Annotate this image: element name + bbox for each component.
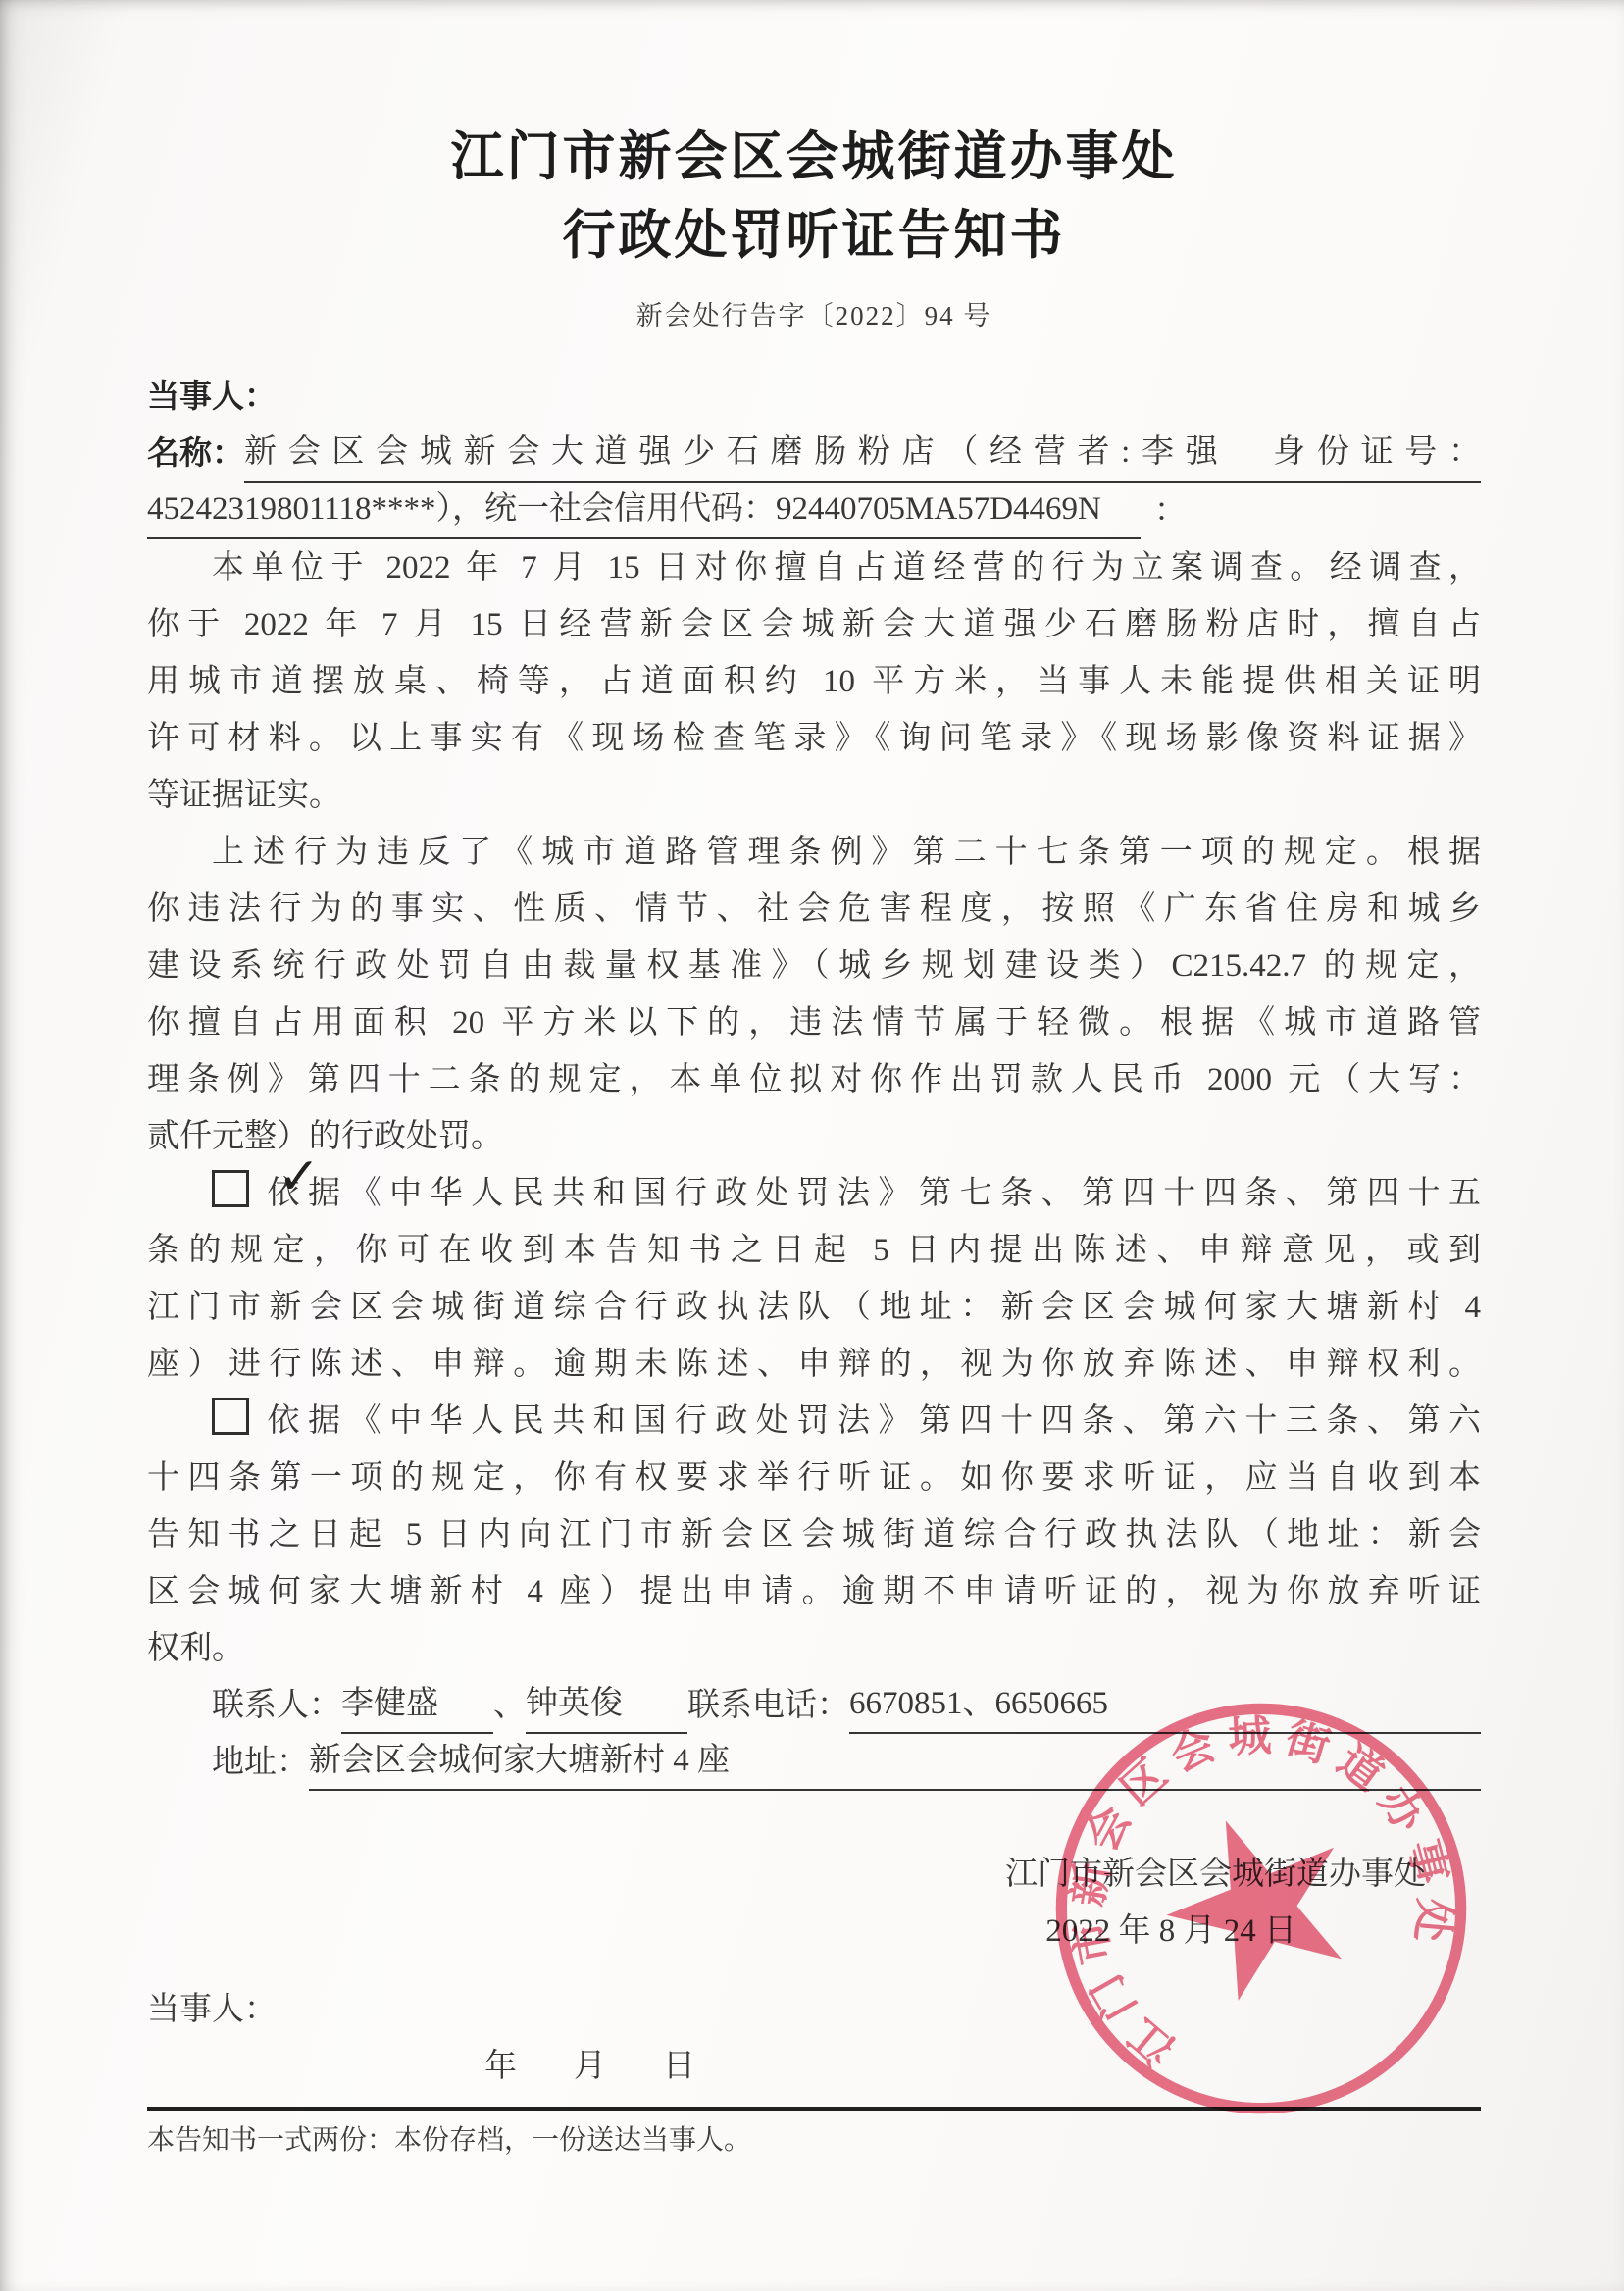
- para1-line-last: 等证据证实。: [147, 767, 1481, 824]
- para1-line: 你于 2022 年 7 月 15 日经营新会区会城新会大道强少石磨肠粉店时，擅自…: [147, 596, 1481, 653]
- party-label: 当事人：: [147, 369, 1481, 426]
- checked-checkbox-icon: [212, 1170, 249, 1207]
- name-row-continued: 45242319801118****），统一社会信用代码：92440705MA5…: [147, 483, 1481, 539]
- signature-org: 江门市新会区会城街道办事处: [147, 1846, 1481, 1903]
- contact-name-2: 钟英俊: [526, 1675, 687, 1734]
- document-title-type: 行政处罚听证告知书: [147, 200, 1481, 271]
- contact-label: 联系人：: [212, 1677, 341, 1734]
- para3-line-last: 座）进行陈述、申辩。逾期未陈述、申辩的，视为你放弃陈述、申辩权利。: [147, 1336, 1481, 1393]
- para1-line: 本单位于 2022 年 7 月 15 日对你擅自占道经营的行为立案调查。经调查，: [147, 539, 1481, 596]
- address-value: 新会区会城何家大塘新村 4 座: [309, 1732, 1481, 1791]
- document-title-org: 江门市新会区会城街道办事处: [147, 0, 1481, 192]
- contact-row: 联系人： 李健盛 、 钟英俊 联系电话： 6670851、6650665: [147, 1677, 1481, 1734]
- blank-year-label: 年: [484, 2049, 517, 2084]
- party-signature-label: 当事人：: [147, 1981, 1481, 2038]
- name-value-line2: 45242319801118****），统一社会信用代码：92440705MA5…: [147, 481, 1141, 539]
- scanned-document-page: 江门市新会区会城街道办事处 行政处罚听证告知书 新会处行告字〔2022〕94 号…: [0, 0, 1624, 2291]
- address-row: 地址： 新会区会城何家大塘新村 4 座: [147, 1734, 1481, 1791]
- phone-label: 联系电话：: [687, 1677, 849, 1734]
- para2-line: 建设系统行政处罚自由裁量权基准》（城乡规划建设类）C215.42.7 的规定，: [147, 938, 1481, 994]
- para2-line-last: 贰仟元整）的行政处罚。: [147, 1108, 1481, 1165]
- para4-line: 十四条第一项的规定，你有权要求举行听证。如你要求听证，应当自收到本: [147, 1450, 1481, 1506]
- para2-line: 上述行为违反了《城市道路管理条例》第二十七条第一项的规定。根据: [147, 824, 1481, 881]
- name-value-line2-suffix: ：: [1154, 483, 1187, 539]
- name-row: 名称： 新会区会城新会大道强少石磨肠粉店（经营者:李强 身份证号：: [147, 426, 1481, 483]
- phone-value: 6670851、6650665: [849, 1675, 1481, 1734]
- footer-note: 本告知书一式两份：本份存档，一份送达当事人。: [147, 2118, 1481, 2164]
- para1-line: 用城市道摆放桌、椅等，占道面积约 10 平方米，当事人未能提供相关证明: [147, 653, 1481, 710]
- para1-line: 许可材料。以上事实有《现场检查笔录》《询问笔录》《现场影像资料证据》: [147, 710, 1481, 767]
- para2-line: 你擅自占用面积 20 平方米以下的，违法情节属于轻微。根据《城市道路管: [147, 994, 1481, 1051]
- blank-date-line: 年月日: [147, 2038, 1481, 2095]
- unchecked-checkbox-icon: [212, 1398, 249, 1435]
- blank-month-label: 月: [574, 2049, 606, 2084]
- contact-separator: 、: [493, 1677, 526, 1734]
- footer-divider: [147, 2107, 1481, 2111]
- document-number: 新会处行告字〔2022〕94 号: [147, 298, 1481, 333]
- blank-day-label: 日: [663, 2049, 695, 2084]
- para4-line: 依据《中华人民共和国行政处罚法》第四十四条、第六十三条、第六: [259, 1403, 1481, 1439]
- document-content: 江门市新会区会城街道办事处 行政处罚听证告知书 新会处行告字〔2022〕94 号…: [0, 0, 1624, 2164]
- contact-name-1: 李健盛: [341, 1675, 493, 1734]
- para2-line: 你违法行为的事实、性质、情节、社会危害程度，按照《广东省住房和城乡: [147, 881, 1481, 938]
- signature-date: 2022 年 8 月 24 日: [147, 1903, 1481, 1960]
- para4-line: 告知书之日起 5 日内向江门市新会区会城街道综合行政执法队（地址：新会: [147, 1506, 1481, 1563]
- para4-line-first: 依据《中华人民共和国行政处罚法》第四十四条、第六十三条、第六: [147, 1393, 1481, 1450]
- address-label: 地址：: [212, 1734, 309, 1791]
- para4-line: 区会城何家大塘新村 4 座）提出申请。逾期不申请听证的，视为你放弃听证: [147, 1563, 1481, 1620]
- para2-line: 理条例》第四十二条的规定，本单位拟对你作出罚款人民币 2000 元（大写：: [147, 1051, 1481, 1108]
- para3-line: 依据《中华人民共和国行政处罚法》第七条、第四十四条、第四十五: [259, 1176, 1481, 1211]
- para4-line-last: 权利。: [147, 1620, 1481, 1677]
- para3-line-first: 依据《中华人民共和国行政处罚法》第七条、第四十四条、第四十五: [147, 1165, 1481, 1222]
- name-label: 名称：: [147, 426, 244, 483]
- document-body: 当事人： 名称： 新会区会城新会大道强少石磨肠粉店（经营者:李强 身份证号： 4…: [147, 369, 1481, 2164]
- name-value-line1: 新会区会城新会大道强少石磨肠粉店（经营者:李强 身份证号：: [244, 424, 1481, 483]
- para3-line: 江门市新会区会城街道综合行政执法队（地址：新会区会城何家大塘新村 4: [147, 1279, 1481, 1336]
- para3-line: 条的规定，你可在收到本告知书之日起 5 日内提出陈述、申辩意见，或到: [147, 1222, 1481, 1279]
